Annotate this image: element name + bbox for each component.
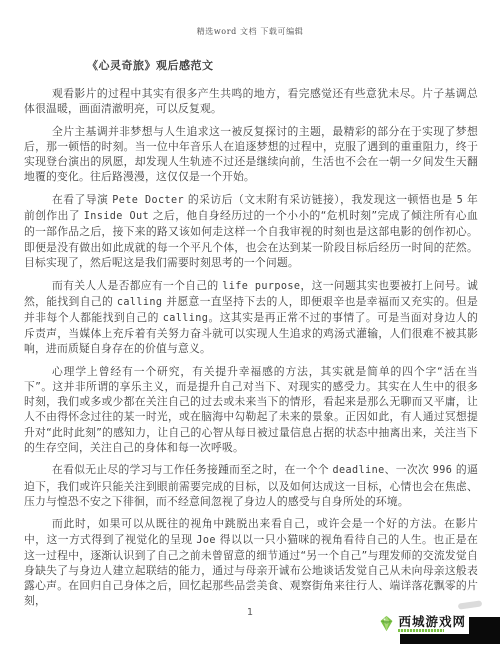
watermark-smudge [458, 600, 483, 609]
paragraph: 在看了导演 Pete Docter 的采访后（文末附有采访链接），我发现这一顿悟… [24, 192, 478, 270]
paragraph: 心理学上曾经有一个研究，有关提升幸福感的方法，其实就是简单的四个字“活在当下”。… [24, 364, 478, 455]
doc-title: 《心灵奇旅》观后感范文 [24, 57, 478, 73]
watermark-logo: 西城游戏网 [376, 614, 469, 635]
site-watermark: 西城游戏网 [370, 595, 500, 647]
gem-leaf-icon [378, 615, 395, 632]
doc-body: 观看影片的过程中其实有很多产生共鸣的地方，看完感觉还有些意犹未尽。片子基调总体很… [24, 86, 478, 608]
paragraph: 全片主基调并非梦想与人生追求这一被反复探讨的主题，最精彩的部分在于实现了梦想后，… [24, 124, 478, 185]
document-page: 精选word 文档 下载可编辑 《心灵奇旅》观后感范文 观看影片的过程中其实有很… [0, 0, 500, 647]
header-note: 精选word 文档 下载可编辑 [0, 0, 500, 37]
watermark-black-patch-bottom [400, 633, 500, 644]
paragraph: 在看似无止尽的学习与工作任务接踵而至之时，在一个个 deadline、一次次 9… [24, 462, 478, 508]
paragraph: 观看影片的过程中其实有很多产生共鸣的地方，看完感觉还有些意犹未尽。片子基调总体很… [24, 86, 478, 116]
watermark-site-name: 西城游戏网 [398, 615, 466, 628]
watermark-caption-strip [398, 629, 444, 632]
paragraph: 而有关人人是否都应有一个自己的 life purpose，这一问题其实也要被打上… [24, 278, 478, 357]
watermark-text-block: 西城游戏网 [398, 615, 466, 633]
